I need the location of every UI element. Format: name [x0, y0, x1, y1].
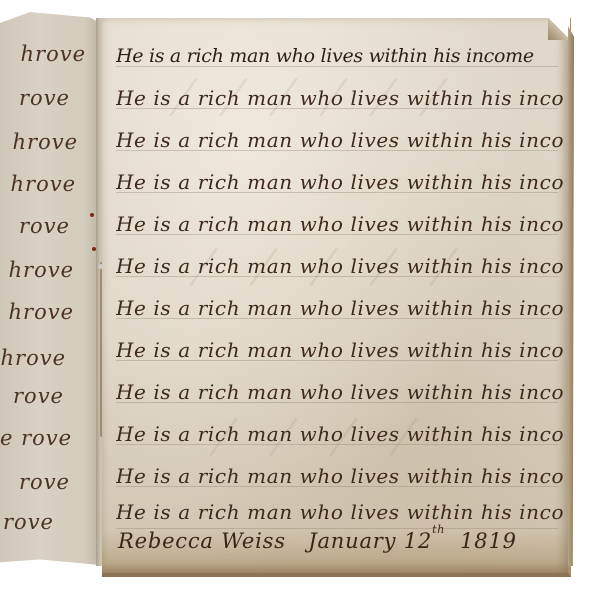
left-line: rove: [0, 86, 70, 110]
page-edges: [568, 26, 574, 566]
left-line: rove: [0, 384, 64, 408]
left-line: hrove: [0, 172, 76, 196]
left-page: hrove rove hrove hrove rove hrove hrove …: [0, 12, 100, 565]
left-line: hrove: [0, 130, 78, 154]
handwriting-line: He is a rich man who lives within his in…: [116, 246, 564, 286]
handwriting-line: He is a rich man who lives within his in…: [116, 36, 564, 76]
left-line: hrove: [0, 258, 74, 282]
ink-spot: [92, 247, 96, 251]
open-copybook: hrove rove hrove hrove rove hrove hrove …: [0, 0, 600, 600]
signature-date: January 12: [308, 529, 432, 553]
left-line: hrove: [0, 300, 74, 324]
date-ordinal: th: [432, 523, 445, 536]
handwriting-line: He is a rich man who lives within his in…: [116, 78, 564, 118]
signature-year: 1819: [460, 529, 517, 553]
left-line: rove: [0, 510, 54, 534]
left-line: hrove: [0, 346, 66, 370]
handwriting-line: He is a rich man who lives within his in…: [116, 372, 564, 412]
handwriting-line: He is a rich man who lives within his in…: [116, 330, 564, 370]
right-page: He is a rich man who lives within his in…: [102, 18, 571, 577]
signature-line: Rebecca Weiss January 12th 1819: [118, 518, 517, 564]
left-line: rove: [0, 214, 70, 238]
handwriting-line: He is a rich man who lives within his in…: [116, 120, 564, 160]
left-line: hrove: [0, 42, 86, 66]
handwriting-line: He is a rich man who lives within his in…: [116, 414, 564, 454]
handwriting-line: He is a rich man who lives within his in…: [116, 456, 564, 496]
left-line: e rove: [0, 426, 70, 450]
left-line: rove: [0, 470, 70, 494]
ink-spot: [90, 213, 94, 217]
handwriting-line: He is a rich man who lives within his in…: [116, 204, 564, 244]
handwriting-line: He is a rich man who lives within his in…: [116, 162, 564, 202]
handwriting-line: He is a rich man who lives within his in…: [116, 288, 564, 328]
signature-name: Rebecca Weiss: [118, 529, 286, 553]
